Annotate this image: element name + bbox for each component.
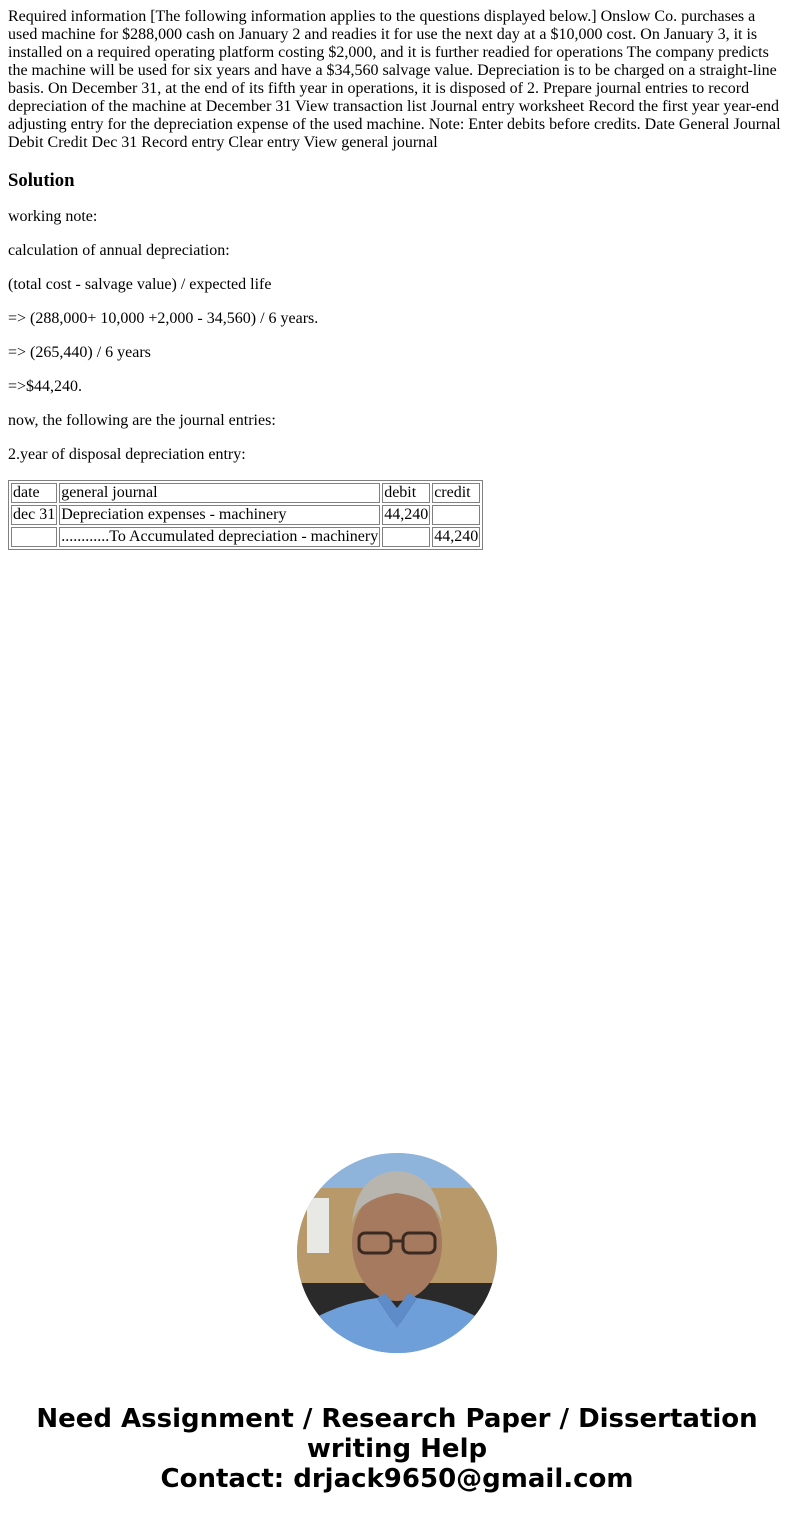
- table-row: ............To Accumulated depreciation …: [11, 527, 480, 547]
- promo-line-2: writing Help: [0, 1434, 794, 1464]
- calc-step-1: => (288,000+ 10,000 +2,000 - 34,560) / 6…: [8, 310, 786, 328]
- journal-table: date general journal debit credit dec 31…: [8, 480, 483, 550]
- cell-account: ............To Accumulated depreciation …: [59, 527, 380, 547]
- header-debit: debit: [382, 483, 430, 503]
- calc-step-2: => (265,440) / 6 years: [8, 344, 786, 362]
- table-row: dec 31 Depreciation expenses - machinery…: [11, 505, 480, 525]
- cell-account: Depreciation expenses - machinery: [59, 505, 380, 525]
- header-date: date: [11, 483, 57, 503]
- promo-line-1: Need Assignment / Research Paper / Disse…: [0, 1404, 794, 1434]
- calc-result: =>$44,240.: [8, 378, 786, 396]
- page-content: Required information [The following info…: [0, 0, 794, 550]
- cell-credit: 44,240: [432, 527, 480, 547]
- calculation-label: calculation of annual depreciation:: [8, 242, 786, 260]
- solution-heading: Solution: [8, 170, 786, 192]
- formula-line: (total cost - salvage value) / expected …: [8, 276, 786, 294]
- cell-debit: [382, 527, 430, 547]
- entry-label: 2.year of disposal depreciation entry:: [8, 446, 786, 464]
- header-credit: credit: [432, 483, 480, 503]
- cell-credit: [432, 505, 480, 525]
- table-header-row: date general journal debit credit: [11, 483, 480, 503]
- cell-date: dec 31: [11, 505, 57, 525]
- promo-contact: Contact: drjack9650@gmail.com: [0, 1464, 794, 1494]
- working-note: working note:: [8, 208, 786, 226]
- tutor-avatar: [297, 1153, 497, 1353]
- promo-footer: Need Assignment / Research Paper / Disse…: [0, 1404, 794, 1494]
- cell-date: [11, 527, 57, 547]
- journal-intro: now, the following are the journal entri…: [8, 412, 786, 430]
- cell-debit: 44,240: [382, 505, 430, 525]
- question-text: Required information [The following info…: [8, 8, 786, 152]
- header-general-journal: general journal: [59, 483, 380, 503]
- person-portrait-icon: [297, 1153, 497, 1353]
